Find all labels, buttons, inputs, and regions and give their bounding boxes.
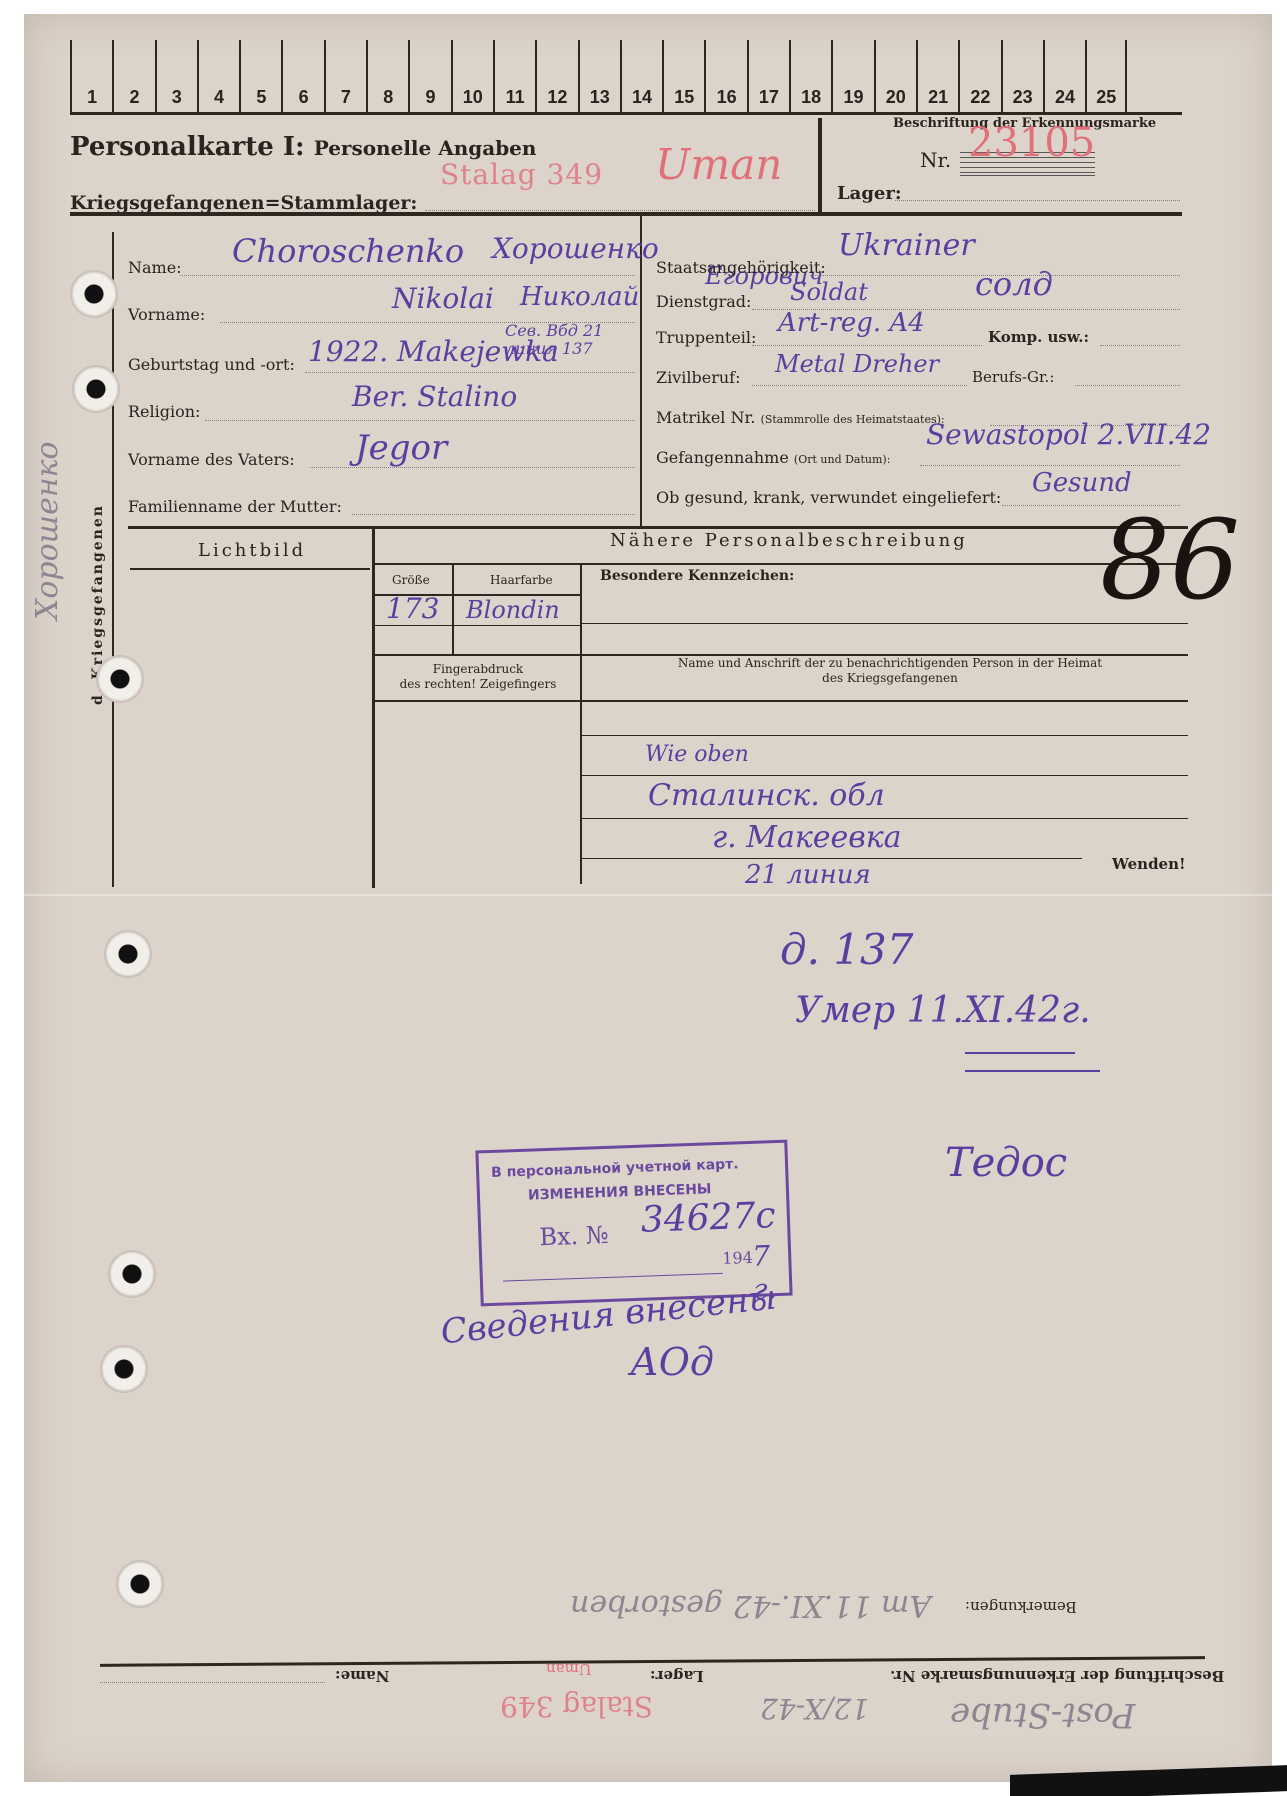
description-top-rule (128, 526, 1188, 529)
footer-name-dots (100, 1682, 325, 1683)
groesse-divider (452, 564, 454, 656)
nr-label: Nr. (920, 148, 951, 172)
staat-value: Ukrainer (838, 228, 975, 263)
personnel-card (24, 14, 1272, 1782)
zivilberuf-dots (752, 385, 967, 386)
punch-hole (100, 1345, 148, 1393)
ruler-cell: 6 (281, 40, 323, 114)
name-value: Choroschenko (232, 232, 464, 270)
ruler-cell: 11 (493, 40, 535, 114)
kontakt-line-2 (582, 775, 1188, 776)
dienstgrad-value: Soldat (790, 278, 868, 306)
geburt-note: Сев. Вбд 21 линия 137 (505, 322, 635, 358)
ruler-cell: 18 (789, 40, 831, 114)
ruler-cell: 20 (874, 40, 916, 114)
lichtbild-label: Lichtbild (198, 540, 306, 561)
side-handwritten-name: Хорошенко (30, 441, 65, 620)
footer-erkennungsmarke-label: Beschriftung der Erkennungsmarke Nr. (890, 1667, 1224, 1685)
stamp-vx: Вх. № (539, 1221, 609, 1251)
handwritten-sign: АОд (630, 1340, 714, 1384)
ruler-cell: 19 (831, 40, 873, 114)
ruler-cell: 23 (1001, 40, 1043, 114)
ruler-cell: 1 (70, 40, 112, 114)
zivilberuf-label: Zivilberuf: (656, 368, 740, 387)
underline-2 (965, 1070, 1100, 1072)
dienstgrad-label: Dienstgrad: (656, 292, 751, 311)
footer-stamp: Stalag 349 (500, 1690, 653, 1723)
mutter-label: Familienname der Mutter: (128, 497, 342, 516)
ruler-cell: 5 (239, 40, 281, 114)
gefangen-value: Sewastopol 2.VII.42 (926, 418, 1211, 451)
truppenteil-label: Truppenteil: (656, 328, 756, 347)
finger-bottom-rule (374, 700, 1188, 702)
punch-hole (72, 365, 120, 413)
zivilberuf-value: Metal Dreher (775, 350, 939, 378)
footer-lager-label: Lager: (650, 1667, 704, 1685)
ruler-cell: 17 (747, 40, 789, 114)
ruler-baseline (70, 112, 1182, 115)
name-value-cyrillic: Хорошенко (492, 232, 659, 265)
number-ruler: 1234567891011121314151617181920212223242… (70, 40, 1127, 114)
lichtbild-divider (372, 528, 375, 888)
left-margin-rule (112, 232, 114, 887)
religion-label: Religion: (128, 402, 200, 421)
haarfarbe-divider (580, 564, 582, 884)
gefangen-dots (920, 465, 1180, 466)
gesund-label: Ob gesund, krank, verwundet eingeliefert… (656, 488, 1001, 507)
naehere-label: Nähere Personalbeschreibung (610, 530, 968, 551)
finger-label: Fingerabdruckdes rechten! Zeigefingers (378, 662, 578, 692)
groesse-label: Größe (392, 573, 430, 587)
punch-hole (116, 1560, 164, 1608)
footer-lager-value: Uman (546, 1660, 591, 1678)
ruler-cell: 8 (366, 40, 408, 114)
ruler-cell: 3 (155, 40, 197, 114)
ruler-cell: 22 (958, 40, 1000, 114)
underline-1 (965, 1052, 1075, 1054)
berufs-label: Berufs-Gr.: (972, 368, 1054, 386)
footer-hand-2: 12/X-42 (760, 1692, 869, 1725)
name-dots (180, 275, 635, 276)
ruler-cell: 10 (451, 40, 493, 114)
annotation-signature: Тедос (945, 1140, 1067, 1186)
size-rule-2 (374, 625, 580, 626)
ruler-cell: 24 (1043, 40, 1085, 114)
naehere-rule (374, 563, 1188, 565)
ruler-cell: 16 (704, 40, 746, 114)
ruler-cell: 14 (620, 40, 662, 114)
lichtbild-rule (130, 568, 370, 570)
ruler-cell: 13 (578, 40, 620, 114)
komp-dots (1100, 345, 1180, 346)
punch-hole (104, 930, 152, 978)
punch-hole (108, 1250, 156, 1298)
punch-hole (70, 270, 118, 318)
kennzeichen-label: Besondere Kennzeichen: (600, 568, 794, 584)
kontakt-line-text: Сталинск. обл (648, 778, 885, 813)
mutter-dots (352, 514, 635, 515)
truppenteil-dots (752, 345, 982, 346)
big-handwritten-mark: 86 (1100, 505, 1240, 615)
ruler-cell: 21 (916, 40, 958, 114)
punch-hole (96, 655, 144, 703)
kontakt-line-1 (582, 735, 1188, 736)
gefangen-label: Gefangennahme (Ort und Datum): (656, 448, 890, 467)
stamp-line-1: В персональной учетной карт. (491, 1156, 739, 1181)
ruler-cell: 4 (197, 40, 239, 114)
header-rule (70, 212, 1182, 216)
nr-value: 23105 (968, 120, 1095, 166)
ruler-cell: 15 (662, 40, 704, 114)
haarfarbe-value: Blondin (466, 596, 560, 624)
name-label: Name: (128, 258, 182, 277)
wenden-label: Wenden! (1112, 855, 1186, 873)
groesse-value: 173 (386, 592, 439, 625)
dienstgrad-note: солд (975, 265, 1053, 303)
ruler-cell: 2 (112, 40, 154, 114)
annotation-d137: д. 137 (780, 925, 914, 974)
truppenteil-value: Art-reg. A4 (778, 308, 925, 338)
kontakt-line-3 (582, 818, 1188, 819)
kontakt-label: Name und Anschrift der zu benachrichtige… (590, 656, 1190, 686)
kennzeichen-line (582, 623, 1188, 624)
berufs-dots (1075, 385, 1180, 386)
vorname-value: Nikolai (392, 282, 494, 315)
footer-hand-1: Post-Stube (950, 1695, 1135, 1735)
vater-label: Vorname des Vaters: (128, 450, 295, 469)
kontakt-line-text: г. Макеевка (712, 820, 902, 855)
matrikel-label: Matrikel Nr. (Stammrolle des Heimatstaat… (656, 408, 945, 427)
stammlager-stamp: Stalag 349 (440, 158, 603, 191)
religion-value: Ber. Stalino (352, 380, 517, 413)
komp-label: Komp. usw.: (988, 328, 1089, 346)
lager-label: Lager: (837, 183, 902, 204)
vorname-value-cyrillic: Николай (520, 282, 639, 312)
ruler-cell: 9 (408, 40, 450, 114)
kontakt-line-text: Wie oben (645, 742, 749, 767)
religion-dots (205, 420, 635, 421)
ruler-cell: 12 (535, 40, 577, 114)
lager-dots (895, 200, 1180, 201)
gesund-value: Gesund (1032, 468, 1132, 498)
geburt-dots (305, 372, 635, 373)
haarfarbe-label: Haarfarbe (490, 573, 553, 587)
kontakt-line-4 (582, 858, 1082, 859)
vater-value: Jegor (355, 428, 447, 468)
footer-name-label: Name: (335, 1667, 389, 1685)
ruler-cell: 7 (324, 40, 366, 114)
footer-bemerkungen-value: Am 11.XI.-42 gestorben (570, 1588, 931, 1623)
staat-label: Staatsangehörigkeit: (656, 258, 826, 277)
footer-bemerkungen-label: Bemerkungen: (965, 1598, 1077, 1616)
header-divider (818, 118, 822, 214)
annotation-death-date: Умер 11.XI.42г. (795, 990, 1091, 1031)
kontakt-line-text: 21 линия (745, 860, 871, 890)
stamp-line (503, 1273, 723, 1282)
stamp-year-prefix: 194 (722, 1248, 753, 1268)
stammlager-dots (425, 210, 815, 211)
stamp-number: 34627с (640, 1195, 776, 1241)
stammlager-label: Kriegsgefangenen=Stammlager: (70, 192, 417, 214)
geburt-label: Geburtstag und -ort: (128, 355, 295, 374)
ruler-cell: 25 (1085, 40, 1127, 114)
stammlager-handwritten: Uman (655, 140, 782, 189)
vorname-label: Vorname: (128, 305, 205, 324)
